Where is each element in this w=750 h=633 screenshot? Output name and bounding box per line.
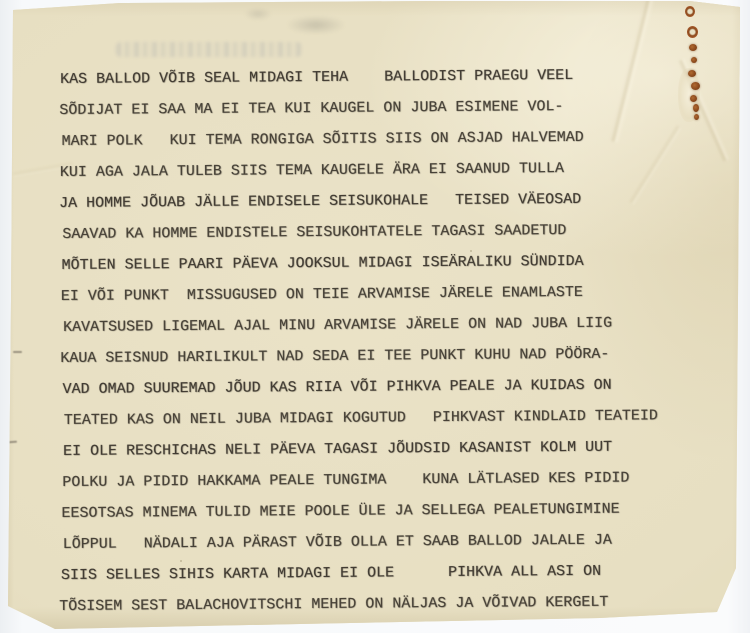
scanned-document-view: KAS BALLOD VÕIB SEAL MIDAGI TEHA BALLODI… bbox=[0, 0, 750, 633]
paper-sheet: KAS BALLOD VÕIB SEAL MIDAGI TEHA BALLODI… bbox=[0, 0, 750, 633]
typewritten-line: KUI AGA JALA TULEB SIIS TEMA KAUGELE ÄRA… bbox=[60, 152, 721, 188]
typewritten-line: SAAVAD KA HOMME ENDISTELE SEISUKOHTATELE… bbox=[62, 214, 721, 250]
typewritten-line: LÕPPUL NÄDALI AJA PÄRAST VÕIB OLLA ET SA… bbox=[63, 524, 724, 560]
rust-stain bbox=[689, 44, 697, 51]
typewritten-line: SIIS SELLES SIHIS KARTA MIDAGI EI OLE PI… bbox=[61, 555, 724, 591]
pencil-mark bbox=[7, 441, 17, 444]
rust-stain bbox=[685, 6, 695, 17]
typewritten-line: EESOTSAS MINEMA TULID MEIE POOLE ÜLE JA … bbox=[61, 493, 723, 529]
typewritten-line: MÕTLEN SELLE PAARI PÄEVA JOOKSUL MIDAGI … bbox=[61, 245, 721, 281]
faint-smudge bbox=[245, 8, 271, 20]
typewritten-line: TEATED KAS ON NEIL JUBA MIDAGI KOGUTUD P… bbox=[64, 400, 723, 436]
typewritten-line: KAS BALLOD VÕIB SEAL MIDAGI TEHA BALLODI… bbox=[60, 59, 720, 95]
pencil-mark bbox=[13, 351, 22, 353]
rust-stain bbox=[687, 26, 698, 38]
typewritten-line: KAVATSUSED LIGEMAL AJAL MINU ARVAMISE JÄ… bbox=[63, 307, 722, 343]
typewritten-line: KAUA SEISNUD HARILIKULT NAD SEDA EI TEE … bbox=[60, 338, 722, 374]
typewritten-line: JA HOMME JÕUAB JÄLLE ENDISELE SEISUKOHAL… bbox=[59, 183, 721, 219]
typewritten-line: EI VÕI PUNKT MISSUGUSED ON TEIE ARVAMISE… bbox=[61, 276, 722, 312]
typewritten-line: TÕSISEM SEST BALACHOVITSCHI MEHED ON NÄL… bbox=[59, 586, 724, 622]
typewritten-line: VAD OMAD SUUREMAD JÕUD KAS RIIA VÕI PIHK… bbox=[62, 369, 722, 405]
typewritten-text-block: KAS BALLOD VÕIB SEAL MIDAGI TEHA BALLODI… bbox=[60, 59, 724, 622]
typewritten-line: SÕDIJAT EI SAA MA EI TEA KUI KAUGEL ON J… bbox=[59, 90, 720, 126]
typewritten-line: POLKU JA PIDID HAKKAMA PEALE TUNGIMA KUN… bbox=[62, 462, 723, 498]
ink-bleedthrough-smudge bbox=[116, 42, 302, 57]
typewritten-line: EI OLE RESCHICHAS NELI PÄEVA TAGASI JÕUD… bbox=[63, 431, 723, 467]
typewritten-line: MARI POLK KUI TEMA RONGIGA SÕITIS SIIS O… bbox=[61, 121, 720, 157]
faint-smudge bbox=[288, 16, 344, 34]
